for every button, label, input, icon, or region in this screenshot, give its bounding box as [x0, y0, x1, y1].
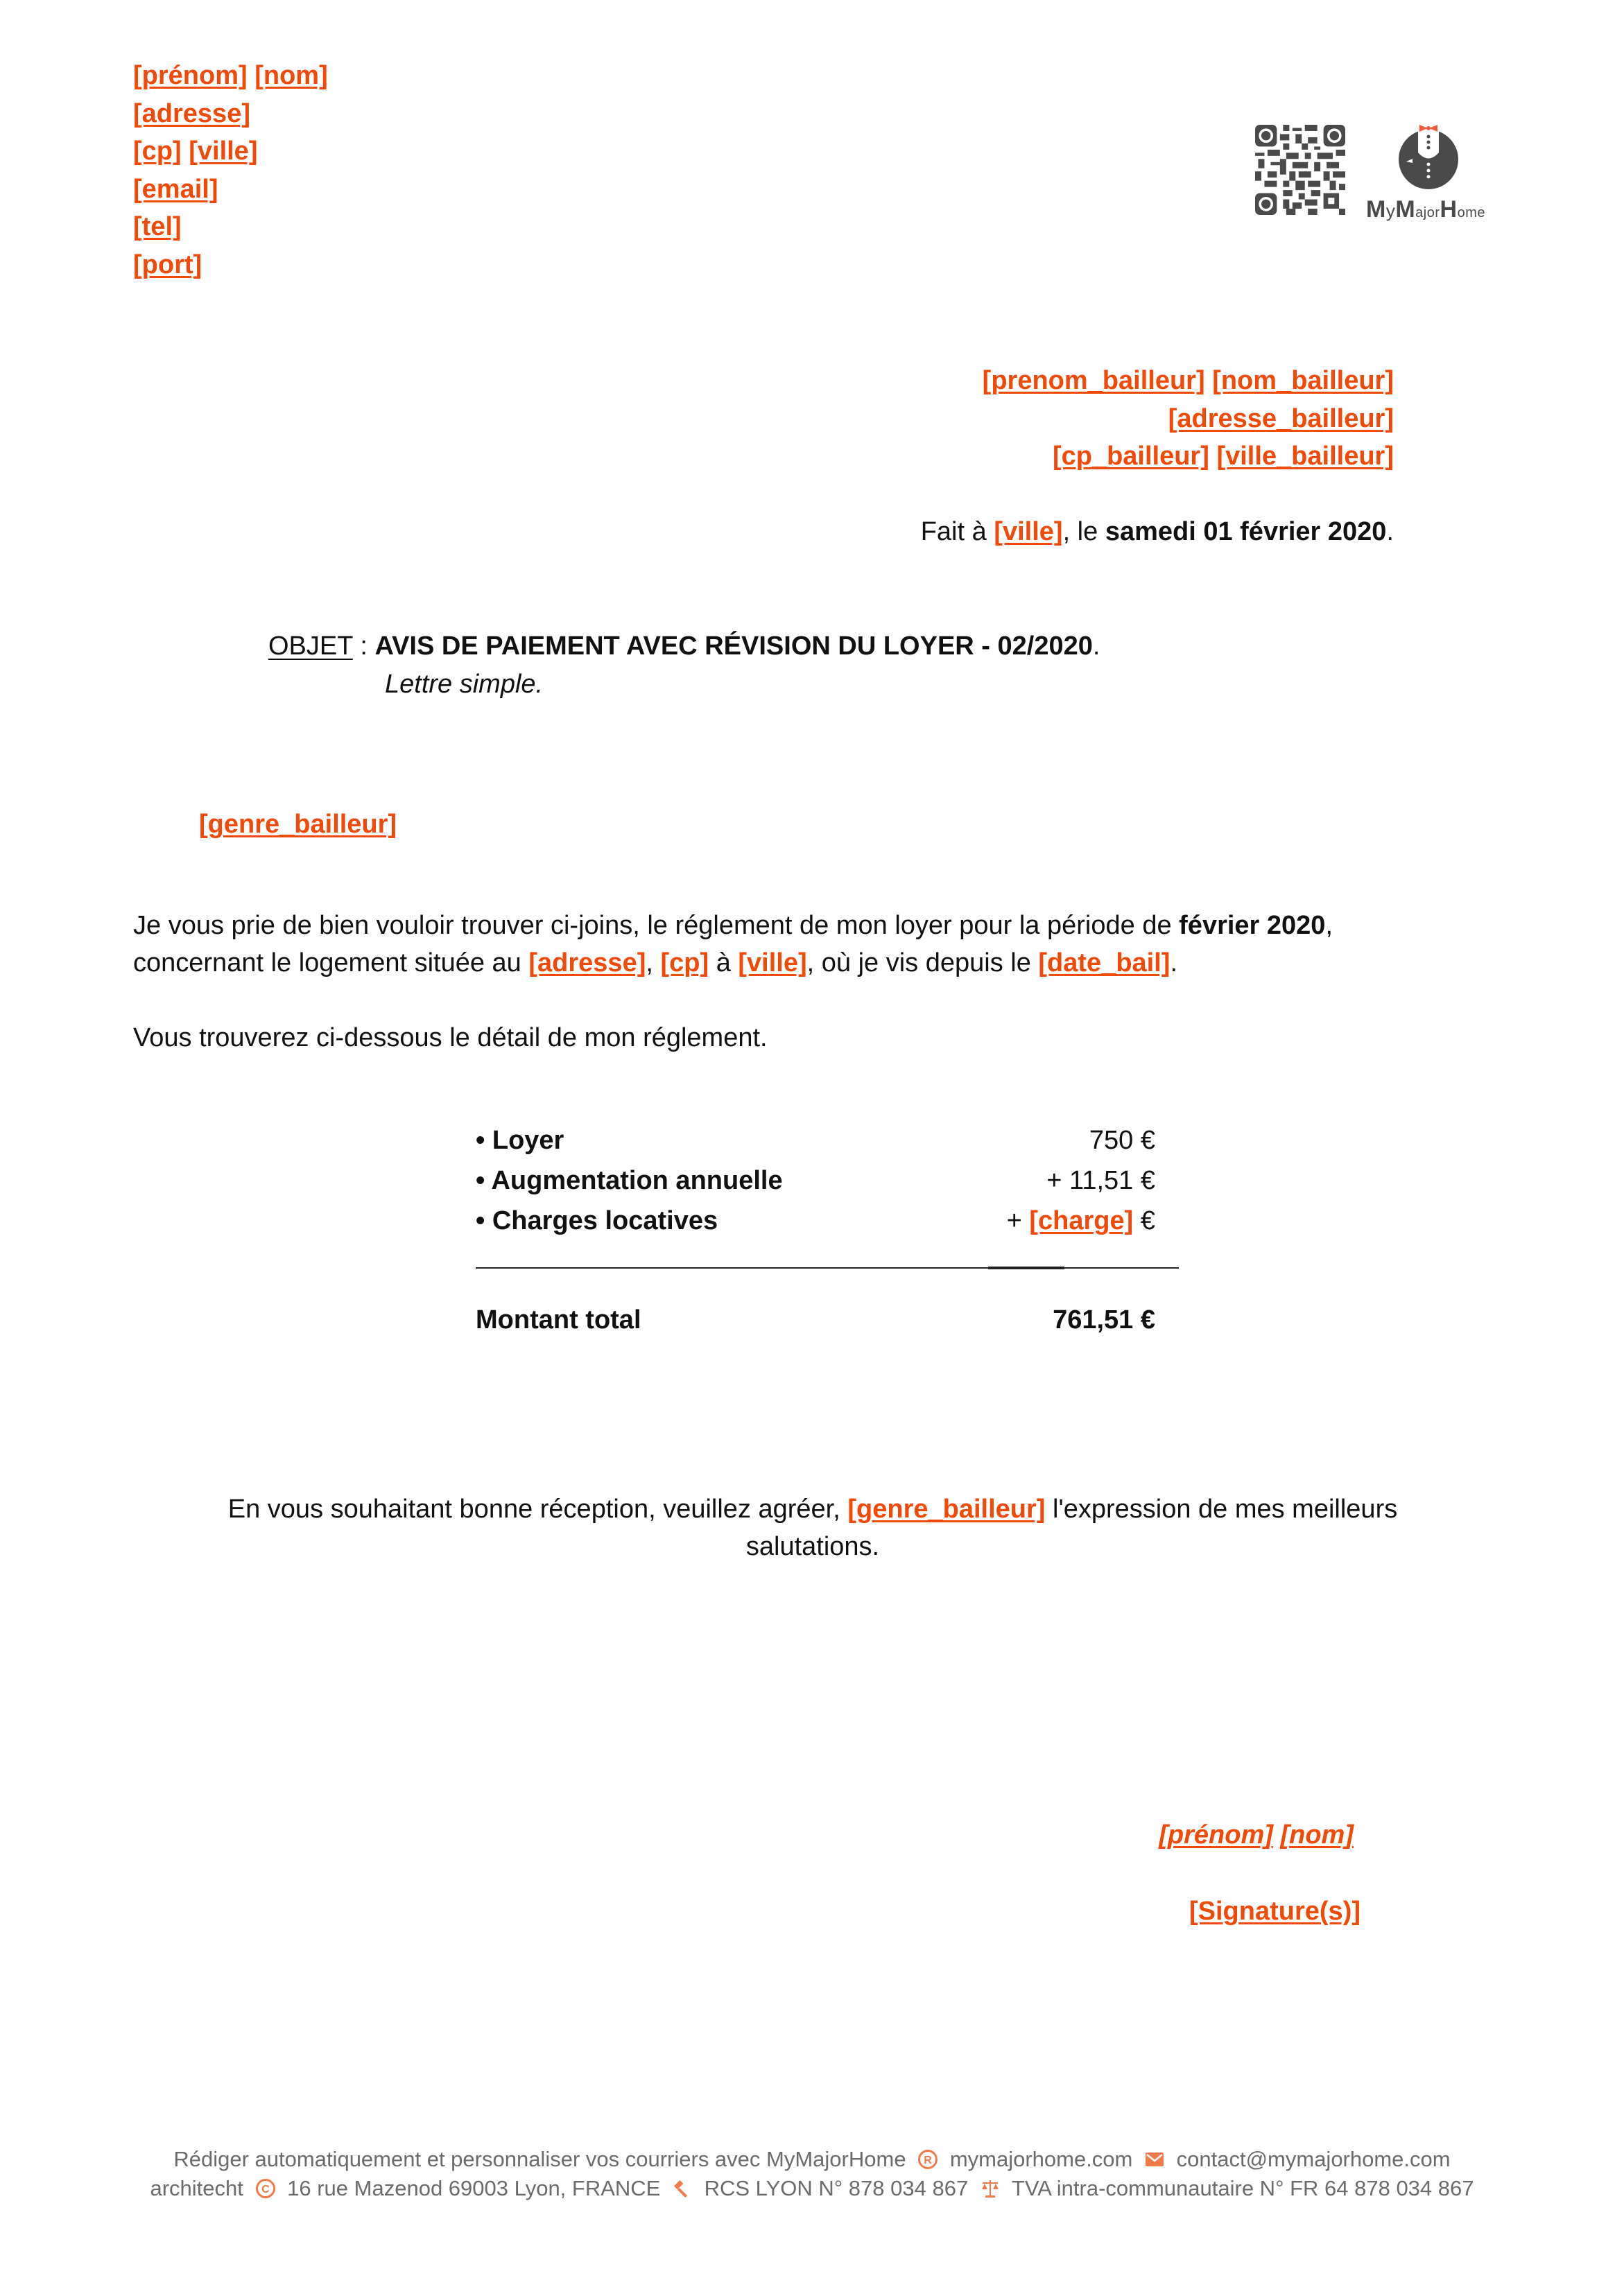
recipient-block: [prenom_bailleur] [nom_bailleur] [adress…: [983, 362, 1394, 476]
sender-zip-placeholder[interactable]: [cp]: [133, 137, 182, 166]
address-placeholder[interactable]: [adresse]: [528, 948, 646, 977]
city-placeholder[interactable]: [ville]: [738, 948, 806, 977]
footer-email-link[interactable]: contact@mymajorhome.com: [1177, 2147, 1451, 2171]
letter-date: samedi 01 février 2020: [1105, 517, 1387, 546]
sender-mobile-placeholder[interactable]: [port]: [133, 250, 202, 279]
lease-date-placeholder[interactable]: [date_bail]: [1038, 948, 1170, 977]
scales-icon: [980, 2178, 1001, 2199]
landlord-gender-placeholder[interactable]: [genre_bailleur]: [847, 1495, 1045, 1524]
subject-label: OBJET: [268, 632, 353, 661]
svg-text:C: C: [261, 2184, 270, 2195]
city-placeholder[interactable]: [ville]: [994, 517, 1062, 546]
sender-address-placeholder[interactable]: [adresse]: [133, 99, 250, 128]
salutation: [genre_bailleur]: [199, 806, 397, 843]
detail-row-rent: • Loyer 750 €: [476, 1122, 1176, 1162]
total-row: Montant total 761,51 €: [476, 1301, 1176, 1341]
footer-line-2: architecht C 16 rue Mazenod 69003 Lyon, …: [0, 2174, 1624, 2203]
total-value: 761,51 €: [1053, 1301, 1155, 1339]
signer-lastname-placeholder[interactable]: [nom]: [1280, 1820, 1354, 1850]
body-paragraph-2: Vous trouverez ci-dessous le détail de m…: [133, 1019, 768, 1056]
date-line: Fait à [ville], le samedi 01 février 202…: [921, 513, 1394, 550]
signer-firstname-placeholder[interactable]: [prénom]: [1159, 1820, 1273, 1850]
zip-placeholder[interactable]: [cp]: [660, 948, 709, 977]
sender-firstname-placeholder[interactable]: [prénom]: [133, 61, 248, 90]
signature-placeholder[interactable]: [Signature(s)]: [1189, 1897, 1360, 1926]
sender-lastname-placeholder[interactable]: [nom]: [254, 61, 328, 90]
footer: Rédiger automatiquement et personnaliser…: [0, 2145, 1624, 2203]
signature-block: [Signature(s)]: [1189, 1893, 1360, 1930]
signature-name: [prénom] [nom]: [1159, 1816, 1354, 1854]
gavel-icon: [672, 2178, 693, 2199]
total-divider-accent: [988, 1267, 1064, 1269]
detail-row-charges: • Charges locatives + [charge] €: [476, 1202, 1176, 1242]
closing-paragraph: En vous souhaitant bonne réception, veui…: [133, 1490, 1492, 1565]
subject-subtitle: Lettre simple.: [385, 666, 543, 703]
sender-city-placeholder[interactable]: [ville]: [189, 137, 257, 166]
sender-email-placeholder[interactable]: [email]: [133, 175, 218, 204]
payment-details: • Loyer 750 € • Augmentation annuelle + …: [476, 1122, 1176, 1242]
payment-period: février 2020: [1179, 911, 1325, 940]
landlord-firstname-placeholder[interactable]: [prenom_bailleur]: [983, 366, 1205, 395]
landlord-zip-placeholder[interactable]: [cp_bailleur]: [1053, 442, 1209, 471]
landlord-gender-placeholder[interactable]: [genre_bailleur]: [199, 810, 397, 839]
butler-logo-icon: [1397, 121, 1460, 191]
footer-website-link[interactable]: mymajorhome.com: [950, 2147, 1133, 2171]
landlord-city-placeholder[interactable]: [ville_bailleur]: [1216, 442, 1394, 471]
copyright-icon: C: [255, 2178, 276, 2199]
footer-line-1: Rédiger automatiquement et personnaliser…: [0, 2145, 1624, 2174]
brand-wordmark: MyMajorHome: [1366, 196, 1505, 223]
svg-text:R: R: [924, 2155, 932, 2166]
total-divider: [476, 1267, 1179, 1269]
subject-title: AVIS DE PAIEMENT AVEC RÉVISION DU LOYER …: [374, 632, 1092, 661]
total-label: Montant total: [476, 1301, 641, 1339]
body-paragraph-1: Je vous prie de bien vouloir trouver ci-…: [133, 907, 1520, 982]
detail-row-increase: • Augmentation annuelle + 11,51 €: [476, 1162, 1176, 1202]
registered-icon: R: [917, 2149, 938, 2170]
landlord-address-placeholder[interactable]: [adresse_bailleur]: [1168, 404, 1394, 433]
qr-code-icon: [1255, 125, 1345, 215]
envelope-icon: [1144, 2149, 1165, 2170]
landlord-lastname-placeholder[interactable]: [nom_bailleur]: [1212, 366, 1394, 395]
sender-block: [prénom] [nom] [adresse] [cp] [ville] [e…: [133, 57, 328, 284]
sender-name-line: [prénom] [nom]: [133, 57, 328, 95]
charge-placeholder[interactable]: [charge]: [1029, 1206, 1133, 1235]
brand-logo-area: MyMajorHome: [1255, 121, 1512, 225]
subject-line: OBJET : AVIS DE PAIEMENT AVEC RÉVISION D…: [268, 627, 1100, 665]
sender-tel-placeholder[interactable]: [tel]: [133, 212, 182, 241]
